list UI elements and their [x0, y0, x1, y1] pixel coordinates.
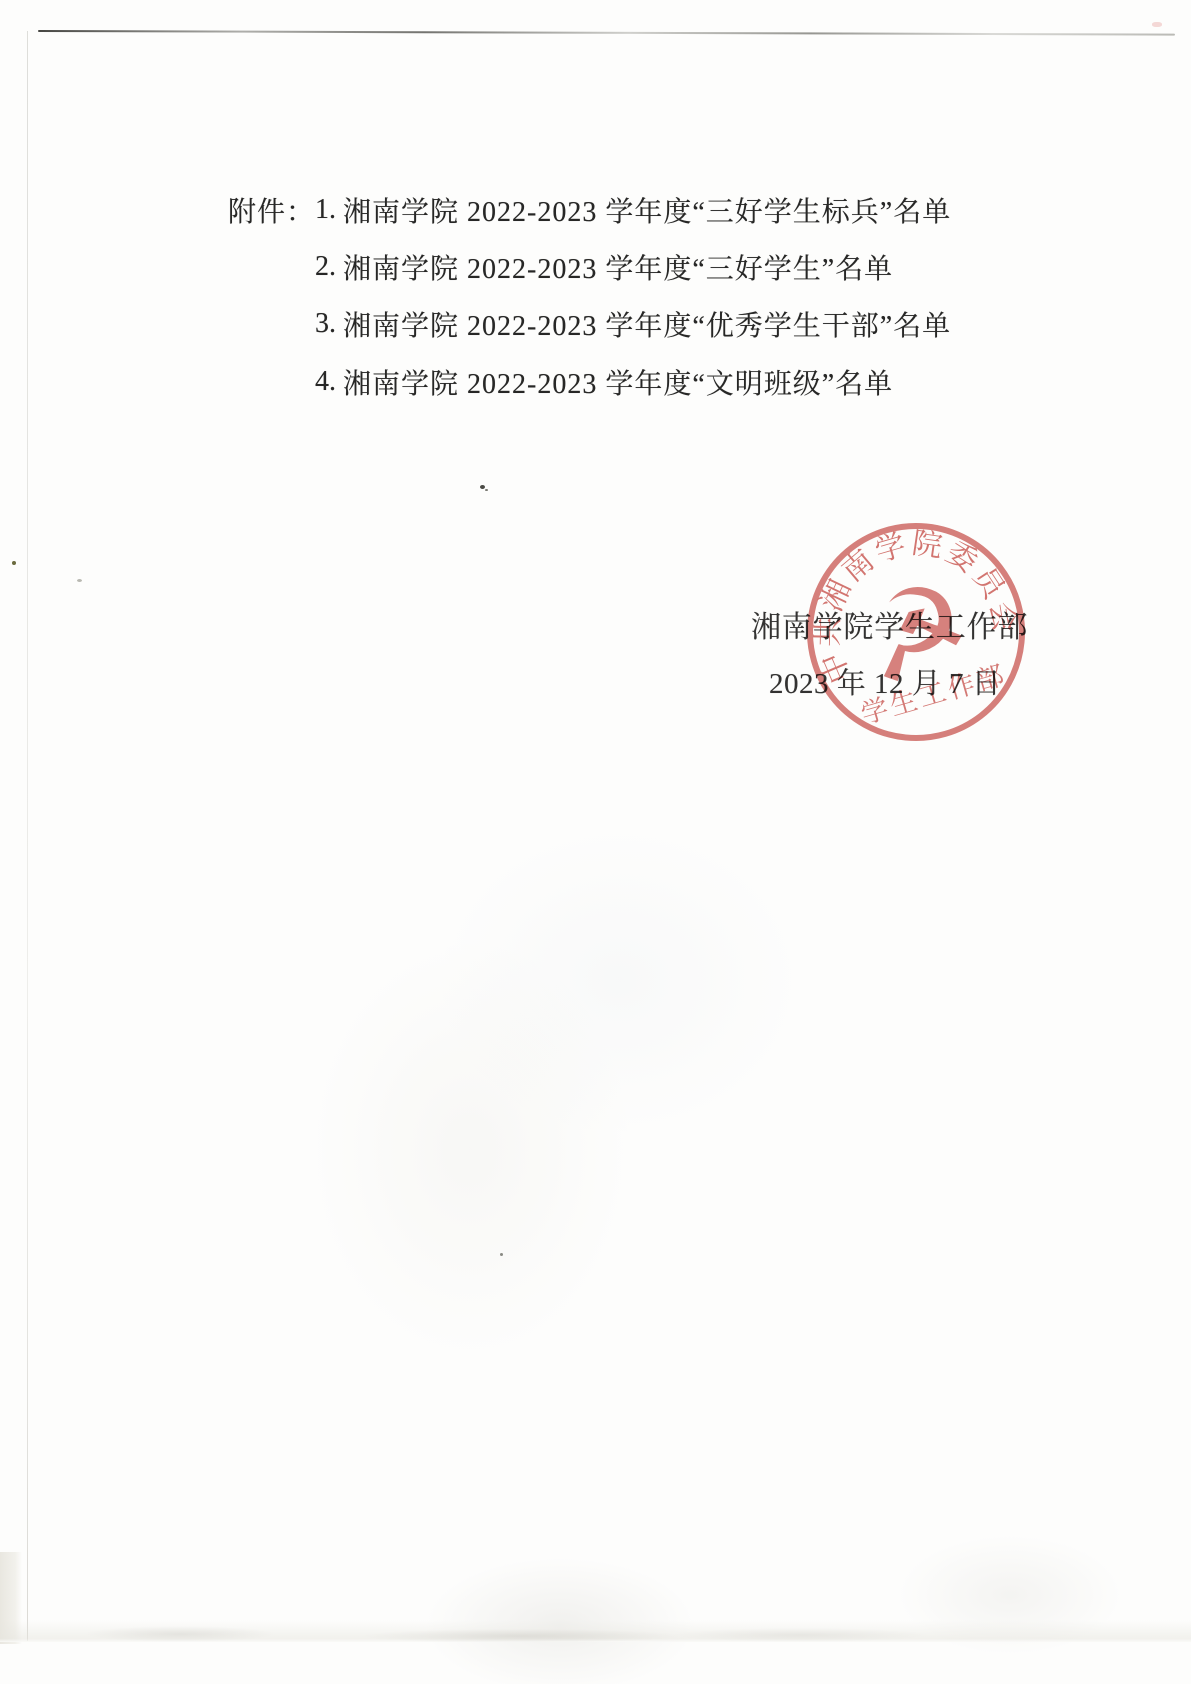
attachment-title: 湘南学院 2022-2023 学年度“三好学生标兵”名单	[343, 190, 951, 230]
attachment-number: 1.	[315, 194, 336, 226]
attachments-label: 附件：	[228, 190, 315, 230]
ink-speck	[500, 1253, 503, 1256]
scan-bottom-edge-mottle	[0, 1620, 1191, 1642]
attachment-title: 湘南学院 2022-2023 学年度“文明班级”名单	[343, 362, 893, 402]
ink-speck	[12, 561, 16, 565]
attachment-title: 湘南学院 2022-2023 学年度“优秀学生干部”名单	[343, 304, 951, 344]
ink-speck	[77, 579, 82, 582]
attachment-list: 附件：1.湘南学院 2022-2023 学年度“三好学生标兵”名单 2.湘南学院…	[228, 181, 951, 411]
official-seal-stamp: 中共湘南学院委员会 ☭ 学生工作部	[786, 502, 1046, 762]
scan-top-edge-line	[38, 30, 1175, 36]
attachment-title: 湘南学院 2022-2023 学年度“三好学生”名单	[343, 247, 893, 287]
attachment-line-4: 4.湘南学院 2022-2023 学年度“文明班级”名单	[228, 353, 951, 410]
attachment-number: 4.	[315, 366, 336, 398]
ink-speck	[480, 485, 485, 489]
scanned-page: 附件：1.湘南学院 2022-2023 学年度“三好学生标兵”名单 2.湘南学院…	[0, 0, 1191, 1684]
attachment-line-1: 附件：1.湘南学院 2022-2023 学年度“三好学生标兵”名单	[228, 181, 951, 238]
attachment-number: 3.	[315, 308, 336, 340]
attachment-number: 2.	[315, 251, 336, 283]
scan-left-edge-line	[27, 31, 28, 1641]
attachment-line-2: 2.湘南学院 2022-2023 学年度“三好学生”名单	[228, 238, 951, 295]
ink-smudge	[1152, 22, 1162, 27]
attachment-line-3: 3.湘南学院 2022-2023 学年度“优秀学生干部”名单	[228, 296, 951, 353]
